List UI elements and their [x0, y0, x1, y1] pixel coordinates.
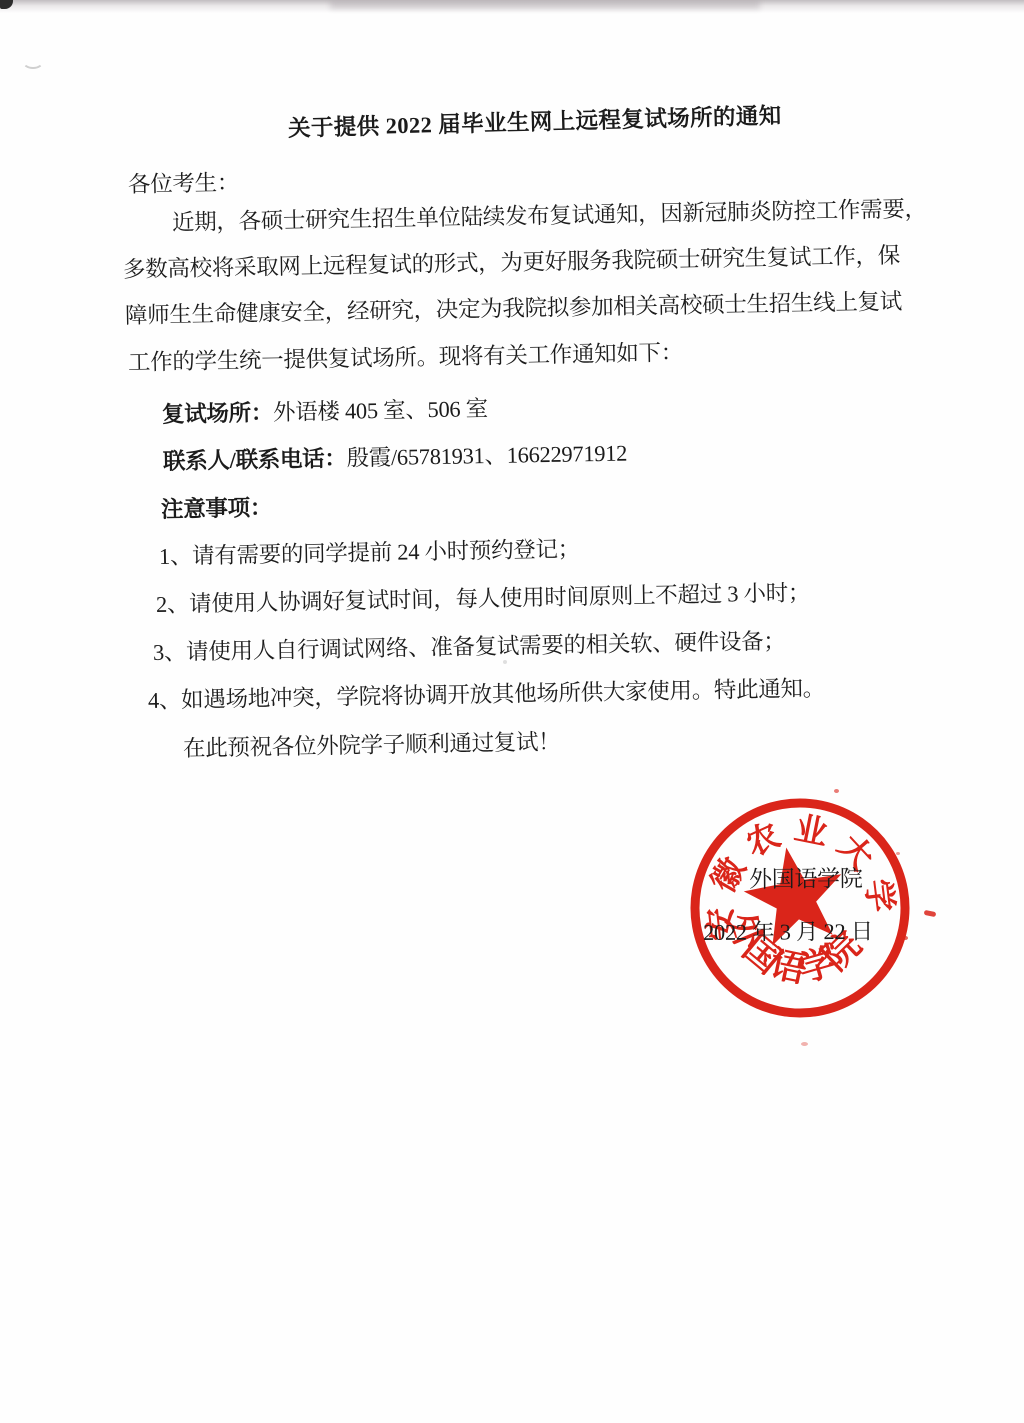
scanned-notice-page: 关于提供 2022 届毕业生网上远程复试场所的通知 各位考生： 近期，各硕士研究… — [0, 0, 1024, 1423]
scan-artifact-smudge — [22, 53, 44, 69]
closing-line: 在此预祝各位外院学子顺利通过复试！ — [183, 724, 561, 763]
venue-line: 复试场所：外语楼 405 室、506 室 — [162, 391, 488, 429]
signature-organization: 外国语学院 — [749, 860, 863, 894]
venue-value: 外语楼 405 室、506 室 — [273, 396, 488, 425]
note-item: 3、请使用人自行调试网络、准备复试需要的相关软、硬件设备； — [153, 623, 786, 667]
paragraph-line: 多数高校将采取网上远程复试的形式，为更好服务我院硕士研究生复试工作，保 — [123, 238, 900, 284]
notes-heading: 注意事项： — [161, 490, 273, 524]
notice-title: 关于提供 2022 届毕业生网上远程复试场所的通知 — [288, 98, 782, 143]
venue-label: 复试场所： — [162, 400, 273, 427]
scan-artifact-dot — [503, 660, 507, 664]
paragraph-line: 工作的学生统一提供复试场所。现将有关工作通知如下： — [128, 335, 684, 377]
contact-value: 殷霞/65781931、16622971912 — [346, 440, 627, 470]
ink-speck — [801, 1042, 808, 1046]
note-item: 1、请有需要的同学提前 24 小时预约登记； — [159, 531, 580, 571]
contact-label: 联系人/联系电话： — [163, 446, 347, 474]
note-item: 4、如遇场地冲突，学院将协调开放其他场所供大家使用。特此通知。 — [148, 671, 825, 715]
contact-line: 联系人/联系电话：殷霞/65781931、16622971912 — [163, 435, 628, 476]
scan-artifact-top-band — [330, 0, 760, 9]
official-seal: 安徽农业大学 外国语学院 — [680, 790, 920, 1030]
signature-date: 2022 年 3 月 22 日 — [703, 914, 873, 947]
paragraph-line: 障师生生命健康安全，经研究，决定为我院拟参加相关高校硕士生招生线上复试 — [125, 284, 902, 330]
paragraph-line: 近期，各硕士研究生招生单位陆续发布复试通知，因新冠肺炎防控工作需要， — [172, 191, 927, 237]
salutation: 各位考生： — [128, 165, 240, 199]
note-item: 2、请使用人协调好复试时间，每人使用时间原则上不超过 3 小时； — [156, 575, 811, 619]
ink-speck — [924, 910, 937, 917]
